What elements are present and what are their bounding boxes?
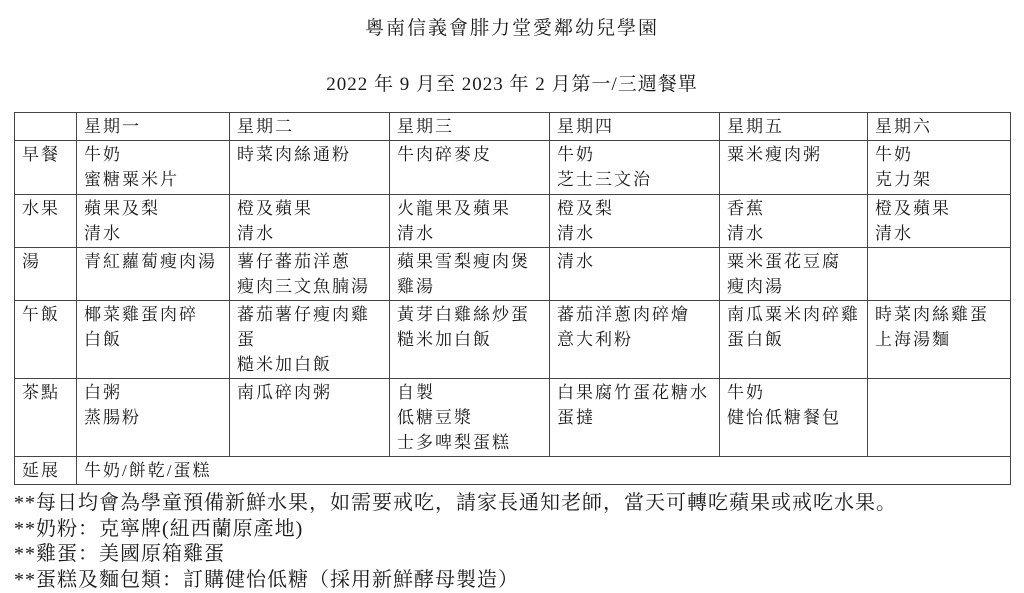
footnote-eggs: **雞蛋：美國原箱雞蛋 <box>14 542 1024 568</box>
footnote-fruit-policy: **每日均會為學童預備新鮮水果，如需要戒吃，請家長通知老師，當天可轉吃蘋果或戒吃… <box>14 491 1024 517</box>
menu-table: 星期一 星期二 星期三 星期四 星期五 星期六 早餐 牛奶 蜜糖粟米片 時菜肉絲… <box>14 112 1011 485</box>
extension-value-cell: 牛奶/餅乾/蛋糕 <box>77 457 1011 485</box>
menu-cell: 自製 低糖豆漿 士多啤梨蛋糕 <box>390 379 550 457</box>
menu-cell: 橙及蘋果 清水 <box>868 195 1011 248</box>
menu-cell: 蕃茄洋蔥肉碎燴 意大利粉 <box>550 301 720 379</box>
table-row-lunch: 午飯 椰菜雞蛋肉碎 白飯 蕃茄薯仔瘦肉雞蛋 糙米加白飯 黃芽白雞絲炒蛋 糙米加白… <box>15 301 1011 379</box>
footnotes: **每日均會為學童預備新鮮水果，如需要戒吃，請家長通知老師，當天可轉吃蘋果或戒吃… <box>14 491 1024 593</box>
day-header-monday: 星期一 <box>77 113 230 141</box>
row-label-lunch: 午飯 <box>15 301 77 379</box>
menu-cell: 牛奶 克力架 <box>868 141 1011 195</box>
footnote-cake-bread: **蛋糕及麵包類：訂購健怡低糖（採用新鮮酵母製造） <box>14 568 1024 593</box>
page-subtitle: 2022 年 9 月至 2023 年 2 月第一/三週餐單 <box>0 69 1024 96</box>
menu-cell: 粟米瘦肉粥 <box>720 141 868 195</box>
row-label-fruit: 水果 <box>15 195 77 248</box>
menu-cell: 時菜肉絲通粉 <box>230 141 390 195</box>
menu-cell: 牛奶 芝士三文治 <box>550 141 720 195</box>
menu-cell: 牛奶 蜜糖粟米片 <box>77 141 230 195</box>
menu-cell <box>868 248 1011 301</box>
page-title: 粵南信義會腓力堂愛鄰幼兒學園 <box>0 13 1024 40</box>
menu-cell: 青紅蘿蔔瘦肉湯 <box>77 248 230 301</box>
row-label-soup: 湯 <box>15 248 77 301</box>
menu-cell: 南瓜粟米肉碎雞 蛋白飯 <box>720 301 868 379</box>
menu-cell <box>868 379 1011 457</box>
day-header-saturday: 星期六 <box>868 113 1011 141</box>
menu-cell: 蘋果及梨 清水 <box>77 195 230 248</box>
menu-cell: 白粥 蒸腸粉 <box>77 379 230 457</box>
day-header-wednesday: 星期三 <box>390 113 550 141</box>
row-label-snack: 茶點 <box>15 379 77 457</box>
menu-cell: 白果腐竹蛋花糖水 蛋撻 <box>550 379 720 457</box>
menu-cell: 黃芽白雞絲炒蛋 糙米加白飯 <box>390 301 550 379</box>
menu-cell: 橙及梨 清水 <box>550 195 720 248</box>
table-row-soup: 湯 青紅蘿蔔瘦肉湯 薯仔蕃茄洋蔥 瘦肉三文魚腩湯 蘋果雪梨瘦肉煲 雞湯 清水 粟… <box>15 248 1011 301</box>
table-row-fruit: 水果 蘋果及梨 清水 橙及蘋果 清水 火龍果及蘋果 清水 橙及梨 清水 香蕉 清… <box>15 195 1011 248</box>
menu-cell: 香蕉 清水 <box>720 195 868 248</box>
menu-cell: 南瓜碎肉粥 <box>230 379 390 457</box>
table-row-breakfast: 早餐 牛奶 蜜糖粟米片 時菜肉絲通粉 牛肉碎麥皮 牛奶 芝士三文治 粟米瘦肉粥 … <box>15 141 1011 195</box>
row-label-breakfast: 早餐 <box>15 141 77 195</box>
menu-cell: 粟米蛋花豆腐 瘦肉湯 <box>720 248 868 301</box>
row-label-extension: 延展 <box>15 457 77 485</box>
table-header-row: 星期一 星期二 星期三 星期四 星期五 星期六 <box>15 113 1011 141</box>
menu-cell: 蕃茄薯仔瘦肉雞蛋 糙米加白飯 <box>230 301 390 379</box>
menu-cell: 火龍果及蘋果 清水 <box>390 195 550 248</box>
corner-cell <box>15 113 77 141</box>
table-row-snack: 茶點 白粥 蒸腸粉 南瓜碎肉粥 自製 低糖豆漿 士多啤梨蛋糕 白果腐竹蛋花糖水 … <box>15 379 1011 457</box>
menu-cell: 牛肉碎麥皮 <box>390 141 550 195</box>
day-header-tuesday: 星期二 <box>230 113 390 141</box>
table-row-extension: 延展 牛奶/餅乾/蛋糕 <box>15 457 1011 485</box>
menu-cell: 時菜肉絲雞蛋 上海湯麵 <box>868 301 1011 379</box>
menu-cell: 橙及蘋果 清水 <box>230 195 390 248</box>
menu-cell: 椰菜雞蛋肉碎 白飯 <box>77 301 230 379</box>
day-header-friday: 星期五 <box>720 113 868 141</box>
menu-cell: 蘋果雪梨瘦肉煲 雞湯 <box>390 248 550 301</box>
menu-cell: 牛奶 健怡低糖餐包 <box>720 379 868 457</box>
menu-cell: 清水 <box>550 248 720 301</box>
day-header-thursday: 星期四 <box>550 113 720 141</box>
footnote-milk-powder: **奶粉：克寧牌(紐西蘭原產地) <box>14 517 1024 543</box>
menu-cell: 薯仔蕃茄洋蔥 瘦肉三文魚腩湯 <box>230 248 390 301</box>
